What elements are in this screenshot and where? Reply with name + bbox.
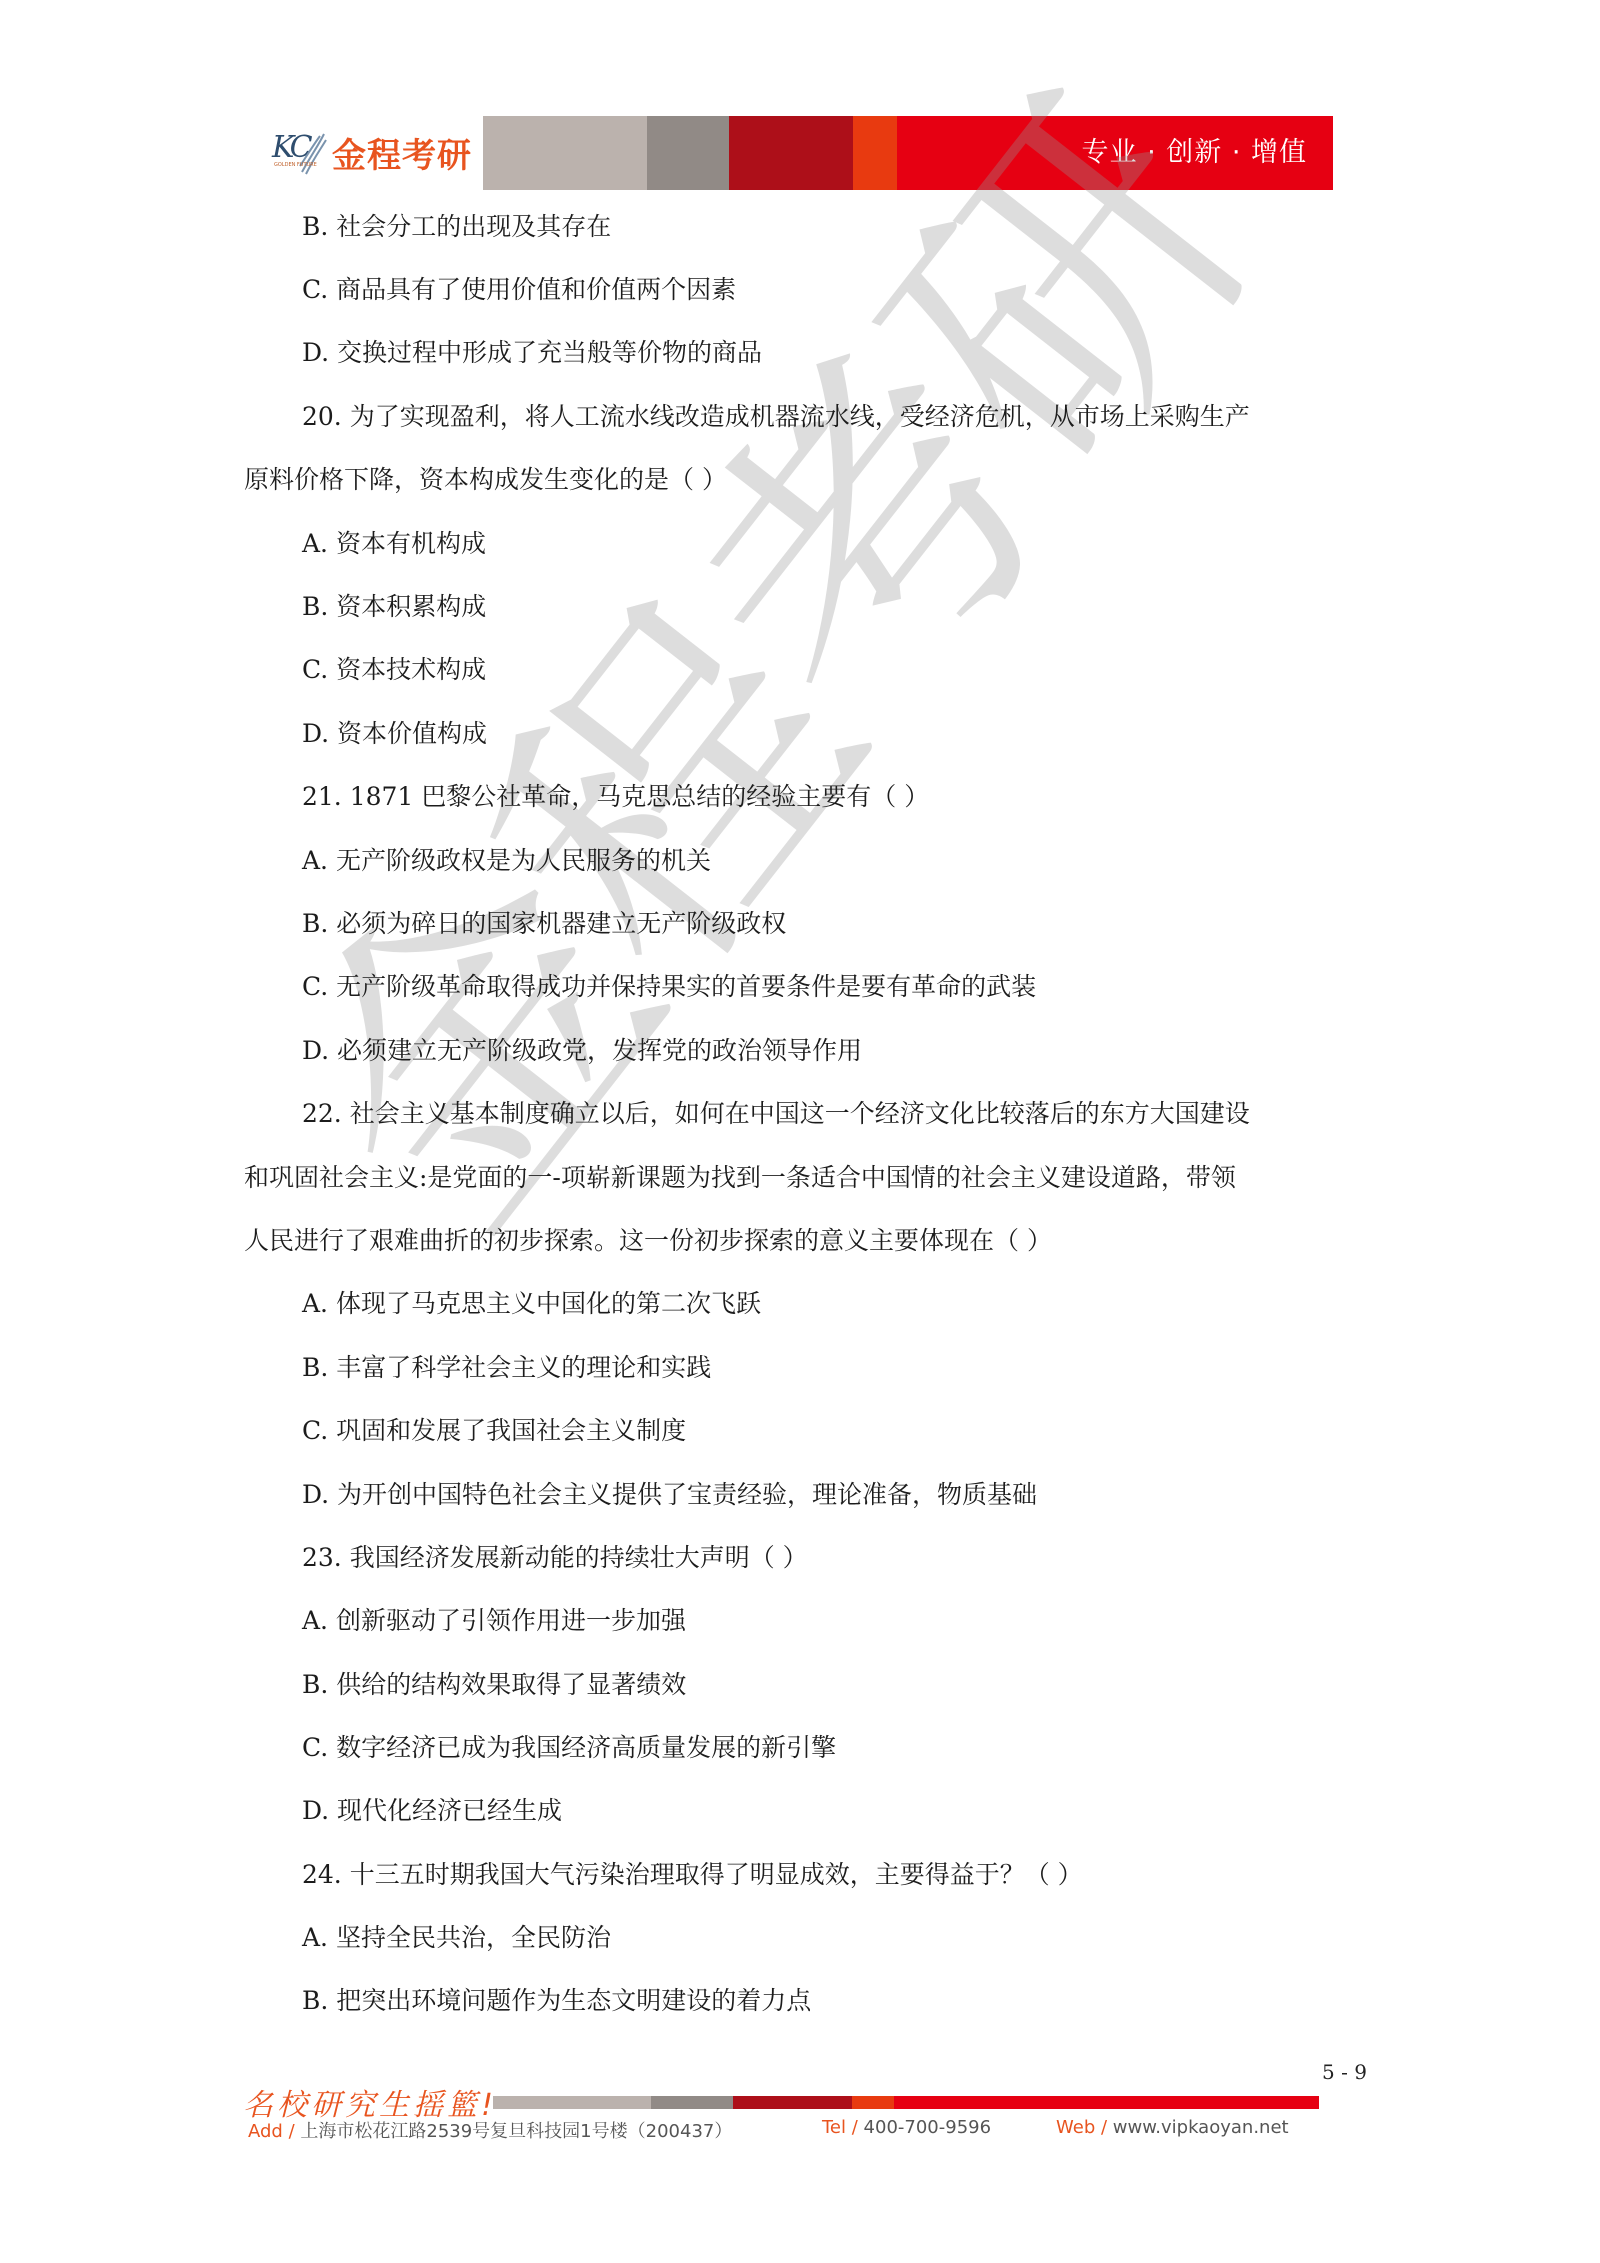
question-21: 21. 1871 巴黎公社革命，马克思总结的经验主要有（ ） bbox=[302, 780, 929, 814]
option-b: B. 资本积累构成 bbox=[302, 590, 486, 624]
option-b: B. 社会分工的出现及其存在 bbox=[302, 210, 611, 244]
option-d: D. 为开创中国特色社会主义提供了宝责经验，理论准备，物质基础 bbox=[302, 1478, 1037, 1512]
logo-subtitle: GOLDEN FUTURE bbox=[274, 162, 317, 168]
web-label: Web / bbox=[1056, 2117, 1107, 2138]
question-22-cont: 和巩固社会主义:是党面的一-项崭新课题为找到一条适合中国情的社会主义建设道路，带… bbox=[244, 1161, 1236, 1195]
option-a: A. 资本有机构成 bbox=[302, 527, 486, 561]
band-segment-dark-red bbox=[733, 2096, 852, 2109]
header-tagline: 专业 · 创新 · 增值 bbox=[1082, 116, 1308, 190]
tel-label: Tel / bbox=[822, 2117, 858, 2138]
brand-logo: KC GOLDEN FUTURE 金程考研 bbox=[272, 126, 472, 178]
option-d: D. 交换过程中形成了充当般等价物的商品 bbox=[302, 336, 762, 370]
option-a: A. 体现了马克思主义中国化的第二次飞跃 bbox=[302, 1287, 761, 1321]
logo-name: 金程考研 bbox=[332, 128, 472, 177]
band-segment-light-gray bbox=[493, 2096, 651, 2109]
option-b: B. 供给的结构效果取得了显著绩效 bbox=[302, 1668, 686, 1702]
option-d: D. 现代化经济已经生成 bbox=[302, 1794, 562, 1828]
option-a: A. 创新驱动了引领作用进一步加强 bbox=[302, 1604, 686, 1638]
band-segment-dark-gray bbox=[647, 116, 729, 190]
question-23: 23. 我国经济发展新动能的持续壮大声明（ ） bbox=[302, 1541, 808, 1575]
page-number: 5 - 9 bbox=[1322, 2060, 1367, 2084]
option-c: C. 资本技术构成 bbox=[302, 653, 486, 687]
wing-icon bbox=[298, 132, 328, 176]
option-b: B. 必须为碎日的国家机器建立无产阶级政权 bbox=[302, 907, 786, 941]
option-d: D. 资本价值构成 bbox=[302, 717, 487, 751]
header-color-band: 专业 · 创新 · 增值 bbox=[483, 116, 1333, 190]
option-c: C. 无产阶级革命取得成功并保持果实的首要条件是要有革命的武装 bbox=[302, 970, 1036, 1004]
band-segment-orange bbox=[852, 2096, 894, 2109]
option-a: A. 无产阶级政权是为人民服务的机关 bbox=[302, 844, 711, 878]
question-20: 20. 为了实现盈利，将人工流水线改造成机器流水线，受经济危机，从市场上采购生产 bbox=[302, 400, 1250, 434]
band-segment-dark-red bbox=[729, 116, 853, 190]
question-20-cont: 原料价格下降，资本构成发生变化的是（ ） bbox=[244, 463, 727, 497]
footer-color-band bbox=[493, 2096, 1319, 2109]
question-22: 22. 社会主义基本制度确立以后，如何在中国这一个经济文化比较落后的东方大国建设 bbox=[302, 1097, 1250, 1131]
web-link[interactable]: www.vipkaoyan.net bbox=[1113, 2117, 1289, 2138]
logo-emblem-icon: KC GOLDEN FUTURE bbox=[272, 126, 330, 178]
option-a: A. 坚持全民共治，全民防治 bbox=[302, 1921, 611, 1955]
question-22-cont: 人民进行了艰难曲折的初步探索。这一份初步探索的意义主要体现在（ ） bbox=[244, 1224, 1052, 1258]
question-24: 24. 十三五时期我国大气污染治理取得了明显成效，主要得益于？（ ） bbox=[302, 1858, 1083, 1892]
option-c: C. 巩固和发展了我国社会主义制度 bbox=[302, 1414, 686, 1448]
footer-web: Web / www.vipkaoyan.net bbox=[1056, 2117, 1289, 2138]
option-c: C. 商品具有了使用价值和价值两个因素 bbox=[302, 273, 736, 307]
band-segment-light-gray bbox=[483, 116, 647, 190]
tel-value: 400-700-9596 bbox=[864, 2117, 992, 2138]
band-segment-orange bbox=[853, 116, 897, 190]
option-c: C. 数字经济已成为我国经济高质量发展的新引擎 bbox=[302, 1731, 836, 1765]
option-d: D. 必须建立无产阶级政党，发挥党的政治领导作用 bbox=[302, 1034, 862, 1068]
footer-address: Add / 上海市松花江路2539号复旦科技园1号楼（200437） bbox=[248, 2117, 732, 2143]
band-segment-dark-gray bbox=[651, 2096, 733, 2109]
footer-tel: Tel / 400-700-9596 bbox=[822, 2117, 991, 2138]
option-b: B. 把突出环境问题作为生态文明建设的着力点 bbox=[302, 1984, 811, 2018]
option-b: B. 丰富了科学社会主义的理论和实践 bbox=[302, 1351, 711, 1385]
address-label: Add / bbox=[248, 2121, 295, 2142]
band-segment-red bbox=[894, 2096, 1319, 2109]
address-value: 上海市松花江路2539号复旦科技园1号楼（200437） bbox=[300, 2121, 732, 2142]
